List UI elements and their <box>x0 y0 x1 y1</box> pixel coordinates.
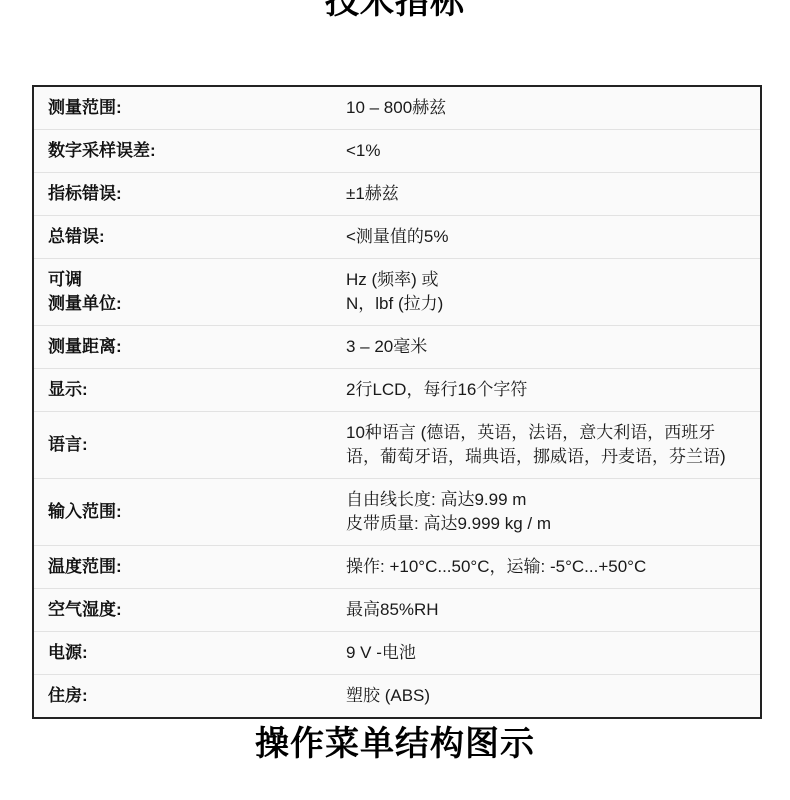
spec-label: 数字采样误差: <box>34 139 346 163</box>
spec-value: 2行LCD，每行16个字符 <box>346 378 760 402</box>
spec-row: 输入范围:自由线长度: 高达9.99 m 皮带质量: 高达9.999 kg / … <box>34 479 760 546</box>
spec-table: 测量范围:10 – 800赫兹数字采样误差:<1%指标错误:±1赫兹总错误:<测… <box>32 85 762 719</box>
spec-value: 10种语言 (德语，英语，法语，意大利语，西班牙语，葡萄牙语，瑞典语，挪威语，丹… <box>346 421 760 469</box>
spec-label: 语言: <box>34 433 346 457</box>
spec-row: 住房:塑胶 (ABS) <box>34 675 760 717</box>
spec-value: <1% <box>346 139 760 163</box>
spec-label: 测量范围: <box>34 96 346 120</box>
spec-value: 10 – 800赫兹 <box>346 96 760 120</box>
spec-row: 总错误:<测量值的5% <box>34 216 760 259</box>
page-title: 技术指标 <box>0 0 790 22</box>
spec-label: 输入范围: <box>34 500 346 524</box>
spec-label: 住房: <box>34 684 346 708</box>
spec-row: 测量距离:3 – 20毫米 <box>34 326 760 369</box>
spec-label: 总错误: <box>34 225 346 249</box>
spec-row: 温度范围:操作: +10°C...50°C，运输: -5°C...+50°C <box>34 546 760 589</box>
spec-row: 电源:9 V -电池 <box>34 632 760 675</box>
spec-row: 空气湿度:最高85%RH <box>34 589 760 632</box>
spec-value: 最高85%RH <box>346 598 760 622</box>
section-heading: 操作菜单结构图示 <box>0 722 790 766</box>
spec-row: 显示:2行LCD，每行16个字符 <box>34 369 760 412</box>
spec-row: 测量范围:10 – 800赫兹 <box>34 87 760 130</box>
spec-value: 9 V -电池 <box>346 641 760 665</box>
spec-value: ±1赫兹 <box>346 182 760 206</box>
spec-value: Hz (频率) 或 N，lbf (拉力) <box>346 268 760 316</box>
spec-value: 塑胶 (ABS) <box>346 684 760 708</box>
spec-value: 自由线长度: 高达9.99 m 皮带质量: 高达9.999 kg / m <box>346 488 760 536</box>
spec-label: 空气湿度: <box>34 598 346 622</box>
spec-value: 3 – 20毫米 <box>346 335 760 359</box>
spec-row: 指标错误:±1赫兹 <box>34 173 760 216</box>
spec-value: <测量值的5% <box>346 225 760 249</box>
spec-label: 电源: <box>34 641 346 665</box>
spec-label: 指标错误: <box>34 182 346 206</box>
spec-row: 数字采样误差:<1% <box>34 130 760 173</box>
spec-label: 测量距离: <box>34 335 346 359</box>
product-spec-page: 技术指标 测量范围:10 – 800赫兹数字采样误差:<1%指标错误:±1赫兹总… <box>0 0 790 800</box>
spec-label: 温度范围: <box>34 555 346 579</box>
spec-row: 语言:10种语言 (德语，英语，法语，意大利语，西班牙语，葡萄牙语，瑞典语，挪威… <box>34 412 760 479</box>
spec-row: 可调 测量单位:Hz (频率) 或 N，lbf (拉力) <box>34 259 760 326</box>
spec-label: 可调 测量单位: <box>34 268 346 316</box>
spec-label: 显示: <box>34 378 346 402</box>
spec-value: 操作: +10°C...50°C，运输: -5°C...+50°C <box>346 555 760 579</box>
